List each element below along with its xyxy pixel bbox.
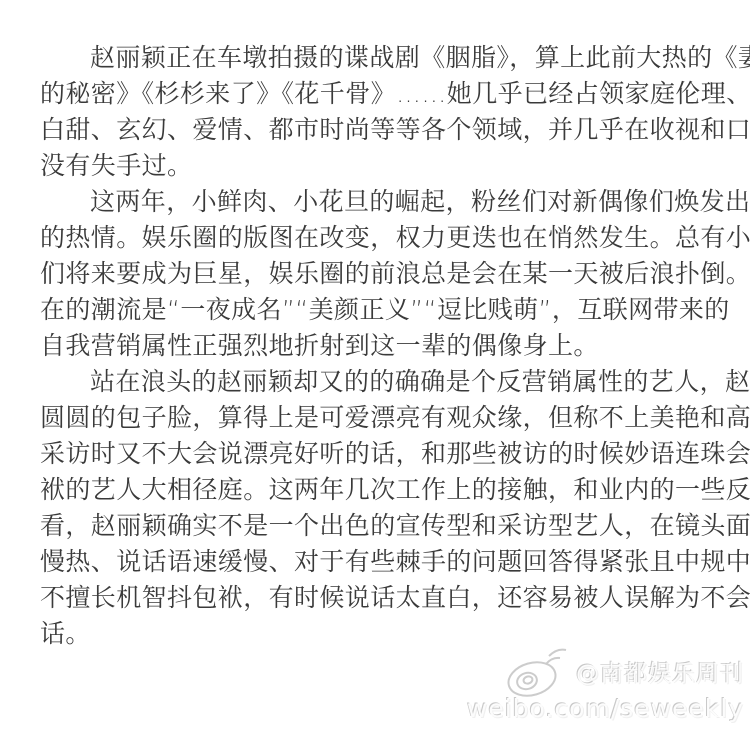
paragraph: 站在浪头的赵丽颖却又的的确确是个反营销属性的艺人，赵丽颖圆圆的包子脸，算得上是可… [40,364,718,652]
text-line: 没有失手过。 [40,148,718,184]
watermark-url: weibo.com/seweekly [467,694,744,723]
text-line: 站在浪头的赵丽颖却又的的确确是个反营销属性的艺人，赵丽颖 [40,364,718,400]
text-line: 赵丽颖正在车墩拍摄的谍战剧《胭脂》，算上此前大热的《妻子 [40,40,718,76]
text-line: 们将来要成为巨星，娱乐圈的前浪总是会在某一天被后浪扑倒。而现 [40,256,718,292]
text-line: 白甜、玄幻、爱情、都市时尚等等各个领域，并几乎在收视和口碑上 [40,112,718,148]
weibo-eye-icon [506,648,568,698]
text-line: 袱的艺人大相径庭。这两年几次工作上的接触，和业内的一些反馈来 [40,472,718,508]
text-line: 话。 [40,616,718,652]
text-line: 的秘密》《杉杉来了》《花千骨》……她几乎已经占领家庭伦理、傻 [40,76,718,112]
text-line: 自我营销属性正强烈地折射到这一辈的偶像身上。 [40,328,718,364]
text-line: 不擅长机智抖包袱，有时候说话太直白，还容易被人误解为不会说 [40,580,718,616]
weibo-watermark: @南都娱乐周刊 weibo.com/seweekly [467,648,744,723]
paragraph: 赵丽颖正在车墩拍摄的谍战剧《胭脂》，算上此前大热的《妻子的秘密》《杉杉来了》《花… [40,40,718,184]
watermark-account-name: @南都娱乐周刊 [576,655,744,688]
text-line: 圆圆的包子脸，算得上是可爱漂亮有观众缘，但称不上美艳和高冷。 [40,400,718,436]
article-page: 赵丽颖正在车墩拍摄的谍战剧《胭脂》，算上此前大热的《妻子的秘密》《杉杉来了》《花… [0,0,750,729]
text-line: 的热情。娱乐圈的版图在改变，权力更迭也在悄然发生。总有小鲜肉 [40,220,718,256]
text-line: 慢热、说话语速缓慢、对于有些棘手的问题回答得紧张且中规中矩， [40,544,718,580]
text-line: 这两年，小鲜肉、小花旦的崛起，粉丝们对新偶像们焕发出极大 [40,184,718,220]
paragraph: 这两年，小鲜肉、小花旦的崛起，粉丝们对新偶像们焕发出极大的热情。娱乐圈的版图在改… [40,184,718,364]
text-line: 在的潮流是“一夜成名”“美颜正义”“逗比贱萌”，互联网带来的 [40,292,718,328]
text-line: 看，赵丽颖确实不是一个出色的宣传型和采访型艺人，在镜头面前她 [40,508,718,544]
text-line: 采访时又不大会说漂亮好听的话，和那些被访的时候妙语连珠会抖包 [40,436,718,472]
watermark-account-row: @南都娱乐周刊 [467,648,744,694]
article-text: 赵丽颖正在车墩拍摄的谍战剧《胭脂》，算上此前大热的《妻子的秘密》《杉杉来了》《花… [40,40,718,652]
